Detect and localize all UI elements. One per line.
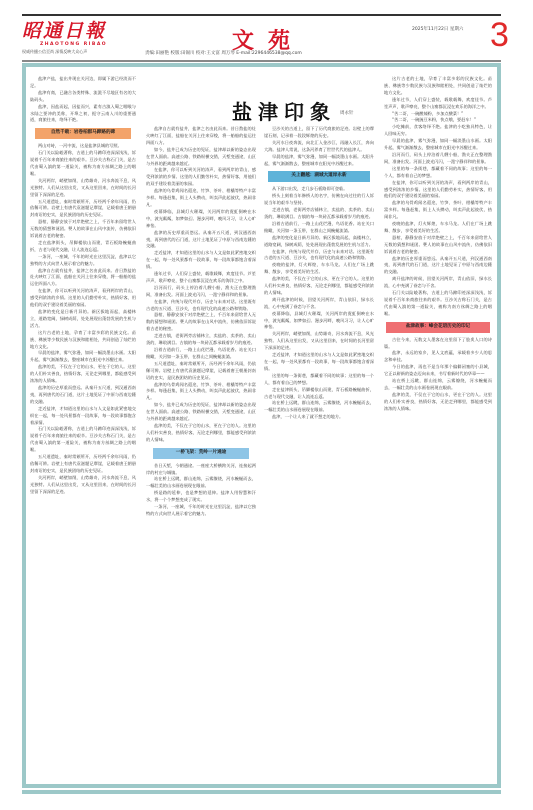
paragraph: 关河两岸，峭壁如削，山势雄奇，河水奔流不息，风光独特。人们从这里出发，又从这里回… [30,178,136,199]
article-column-4: 这片古老的土地，孕育了丰富多彩的民族文化。苗族、彝族等少数民族与汉族和睦相处，共… [384,76,492,784]
paragraph: 逢年过节，人们穿上盛装，载歌载舞，欢度佳节。芦笙声声，歌声嘹亮，整个山寨都沉浸在… [384,97,492,111]
paragraph: 早晨的盐津，雾气弥漫，如同一幅淡墨山水画。太阳升起，雾气渐渐散去，整座城市在阳光… [30,350,136,364]
paragraph: 悬棺，静静安放于对岸绝壁之上，千百年来留给世人无数的猜想和谜团。僰人的故事在山风… [384,235,492,256]
article-column-3: 豆沙关的古道上，留下了历代商旅的足迹。岩壁上的摩崖石刻，记录着一段段辉煌的历史。… [264,126,374,784]
paragraph: 豆沙关的古道上，留下了历代商旅的足迹。岩壁上的摩崖石刻，记录着一段段辉煌的历史。 [264,126,374,140]
paragraph: 这片古老的土地，孕育了丰富多彩的民族文化。苗族、彝族等少数民族与汉族和睦相处，共… [384,76,492,97]
issue-date: 2025年11月22日 星期六 [412,26,463,32]
paragraph: 关河两岸，峭壁如削，山势雄奇，河水奔流不息，风光独特。人们从这里出发，又从这里回… [264,331,374,352]
paragraph: 走进古镇，老街两旁店铺林立，卖盐的、卖茶的、卖山货的，琳琅满目。古镇的每一块砖瓦… [264,207,374,221]
paragraph: 站在桥上远眺，群山连绵，云雾缭绕，河水蜿蜒而去，一幅壮美的山水画卷展现在眼前。 [146,476,256,490]
paragraph: 如今，盐井已成为历史的见证，盐津却以新的姿态出现在世人面前。高速公路、铁路纵横交… [146,402,256,423]
paragraph: 今日的盐津，再也不是当年那个偏僻闭塞的小县城，它正以崭新的姿态迈向未来，书写着新… [384,364,492,378]
paragraph: 盐津的乌骨鸡闻名遐迩，竹笋、茶叶、柑橘等特产丰富多样。每逢赶集，街上人头攒动，叫… [146,188,256,209]
paragraph: 盐津的美，不仅在于它的山水，更在于它的人。这里的人们朴实善良，热情好客，无论走到… [264,276,374,297]
article-byline: 周永针 [340,110,354,116]
paragraph: 盐津的变化是日新月异的。新区拔地而起，高楼林立，道路宽阔，绿树成荫，处处展现出蓬… [264,235,374,249]
paragraph: 沿着古道前行，一路上山花烂漫，鸟语花香。站在关口俯瞰，关河如一条玉带，在群山之间… [264,221,374,235]
paragraph: 盐津的乌骨鸡闻名遐迩，竹笋、茶叶、柑橘等特产丰富多样。每逢赶集，街上人头攒动，叫… [384,200,492,221]
paragraph: 离开盐津的时候，回望关河两岸，青山依旧，绿水长流，心中充满了眷恋与不舍。 [264,297,374,311]
paragraph: 盐津的历史厚重而悠远。从秦开五尺道，到汉通西南夷，再到唐代的石门道，这片土地见证… [30,385,136,406]
header-rule [22,60,501,62]
paragraph: 在盐津，你可以听到关河的涛声，看到两岸的青山，感受到浓浓的乡情。这里的人们勤劳朴… [146,167,256,188]
paragraph: 走近盐津，才知道这里的山水与人文是如此紧密地交织在一起，每一处风景都有一段故事，… [264,352,374,373]
paragraph: 在盐津，传统与现代并存，历史与未来对话。这里既有古老的五尺道、豆沙关，也有现代化… [264,249,374,263]
paragraph: 五尺道遗址，秦时常頞所开，历经两千余年风雨，仍依稀可辨。岩壁上有唐代袁滋题记摩崖… [30,199,136,220]
paragraph: 一条河，一座城，千年的时光在这里沉淀，盐津以它独特的方式向世人展示着它的魅力。 [30,254,136,268]
bottom-band [22,790,501,794]
paragraph: 走进古镇，老街两旁店铺林立，卖盐的、卖茶的、卖山货的，琳琅满目。古镇的每一块砖瓦… [146,333,256,347]
paragraph: 走近盐津，才知道这里的山水与人文是如此紧密地交织在一起，每一处风景都有一段故事，… [146,250,256,271]
paragraph: 盐津的历史厚重而悠远。从秦开五尺道，到汉通西南夷，再到唐代的石门道，这片土地见证… [384,256,492,277]
paragraph: 这片古老的土地，孕育了丰富多彩的民族文化。苗族、彝族等少数民族与汉族和睦相处，共… [30,330,136,351]
masthead: 昭通日報 ZHAOTONG RIBAO 权威传播公信至尚 深情反映大众心声 [22,20,112,55]
paragraph: 一条河，一座城，千年的时光在这里沉淀，盐津以它独特的方式向世人展示着它的魅力。 [146,504,256,518]
paragraph: 古往今来，无数文人墨客在这里留下了脍炙人口的诗篇。 [384,337,492,351]
paragraph: 桥是路的延伸，也是梦想的延伸。盐津人用智慧和汗水，将一个个梦想变成了现实。 [146,490,256,504]
paragraph: 早晨的盐津，雾气弥漫，如同一幅淡墨山水画。太阳升起，雾气渐渐散去，整座城市在阳光… [384,138,492,152]
paragraph: 站在桥上远眺，群山连绵，云雾缭绕，河水蜿蜒而去，一幅壮美的山水画卷展现在眼前。 [264,400,374,414]
paragraph: 石门关以险峻著称，古道上的马蹄印迹深深浅浅，诉说着千百年来商旅往来的艰辛。豆沙关… [30,426,136,454]
paragraph: 走近盐津，才知道这里的山水与人文是如此紧密地交织在一起，每一处风景都有一段故事，… [30,406,136,427]
subheading-banner: 盐津故事：峰会花语历史的印记 [386,322,490,333]
paragraph: 夜幕降临，县城灯火璀璨，关河两岸的霓虹倒映在水中，波光粼粼，如梦如幻。漫步河畔，… [146,209,256,230]
top-rule [22,14,501,16]
paragraph: 悬棺，静静安放于对岸绝壁之上，千百年来留给世人无数的猜想和谜团。僰人的故事在山风… [30,219,136,240]
paragraph: 走在盐津街头，吊脚楼依山而建，青石板路蜿蜒曲折，古老与现代交融，让人流连忘返。 [30,240,136,254]
article-column-1: 盐津产盐，盐出井现在关河边，即属下游已经淡而不足。 盐津有商，已融合各类特殊、流… [30,76,136,784]
paragraph: 五尺道遗址，秦时常頞所开，历经两千余年风雨，仍依稀可辨。岩壁上有唐代袁滋题记摩崖… [30,454,136,475]
paragraph: 昔日天堑，今朝通途。一座座大桥横跨关河，连接起两岸的村庄与城镇。 [146,463,256,477]
paragraph: 夜幕降临，县城灯火璀璨，关河两岸的霓虹倒映在水中，波光粼粼，如梦如幻。漫步河畔，… [264,311,374,332]
paragraph: 如今，盐井已成为历史的见证，盐津却以新的姿态出现在世人面前。高速公路、铁路纵横交… [146,147,256,168]
subheading-banner: 一桥飞架：荒岭一片通途 [153,448,249,459]
paragraph: 早晨的盐津，雾气弥漫，如同一幅淡墨山水画。太阳升起，雾气渐渐散去，整座城市在阳光… [264,154,374,168]
paragraph: 盐津的乌骨鸡闻名遐迩，竹笋、茶叶、柑橘等特产丰富多样。每逢赶集，街上人头攒动，叫… [146,382,256,403]
paragraph: 夜晚的盐津，灯火辉煌，车水马龙。人们在广场上跳舞、散步，享受着美好的生活。 [384,221,492,235]
paragraph: 站在桥上远眺，群山连绵，云雾缭绕，河水蜿蜒而去，一幅壮美的山水画卷展现在眼前。 [384,378,492,392]
paragraph: 沿河而行，码头上停泊着几艘小船，渔夫正在整理渔网，准备出发。河面上波光闪闪，一派… [384,152,492,166]
paragraph: 这里的每一条街巷，都藏着不同的故事；这里的每一个人，都有着自己的梦想。 [264,373,374,387]
article-headline: 盐津印象 [232,96,336,125]
paragraph: 盐津产盐，盐出井现在关河边，即属下游已经淡而不足。 [30,76,136,90]
paragraph: 五尺道遗址，秦时常頞所开，历经两千余年风雨，仍依稀可辨。岩壁上有唐代袁滋题记摩崖… [146,361,256,382]
paragraph: 盐津的美，不仅在于它的山水，更在于它的人。这里的人们朴实善良，热情好客，无论走到… [146,423,256,444]
paragraph: 在盐津，你可以听到关河的涛声，看到两岸的青山，感受到浓浓的乡情。这里的人们勤劳朴… [384,180,492,201]
paragraph: 盐津的美，不仅在于它的山水，更在于它的人。这里的人们朴实善良，热情好客，无论走到… [30,364,136,385]
page-number: 3 [490,18,509,52]
newspaper-slogan: 权威传播公信至尚 深情反映大众心声 [22,49,112,55]
paragraph: 夜晚的盐津，灯火辉煌，车水马龙。人们在广场上跳舞、散步，享受着美好的生活。 [264,262,374,276]
paragraph: 盐津，因盐而起，因盐而兴，素有古滇入蜀之咽喉与水陆之要冲的美称，开埠之初，扼守云… [30,104,136,125]
newspaper-name-en: ZHAOTONG RIBAO [40,42,112,48]
subheading-banner: 关上翻越：湖城大道岸永新 [268,171,370,182]
paragraph: 盐津有商，已融合各类特殊、流派不尽地区有名的大陆码头。 [30,90,136,104]
article-column-2: 盐津自古就有盐井，盐津之名由此而来。昔日熬盐的灶火映红了江面，盐船在关河上往来穿… [146,126,256,784]
paragraph: 盐津自古就有盐井，盐津之名由此而来。昔日熬盐的灶火映红了江面，盐船在关河上往来穿… [146,126,256,147]
paragraph: 这里的每一条街巷，都藏着不同的故事；这里的每一个人，都有着自己的梦想。 [384,166,492,180]
paragraph: 盐津，一个让人来了就不想走的地方。 [264,414,374,421]
paragraph: 石门关以险峻著称，古道上的马蹄印迹深深浅浅，诉说着千百年来商旅往来的艰辛。豆沙关… [30,150,136,178]
paragraph: 走在盐津街头，吊脚楼依山而建，青石板路蜿蜒曲折，古老与现代交融，让人流连忘返。 [264,387,374,401]
paragraph: 盐津的变化是日新月异的。新区拔地而起，高楼林立，道路宽阔，绿树成荫，处处展现出蓬… [30,309,136,330]
paragraph: 盐津自古就有盐井，盐津之名由此而来。昔日熬盐的灶火映红了江面，盐船在关河上往来穿… [30,268,136,289]
paragraph: 沿着古道前行，一路上山花烂漫，鸟语花香。站在关口俯瞰，关河如一条玉带，在群山之间… [146,347,256,361]
paragraph: 悬棺，静静安放于对岸绝壁之上，千百年来留给世人无数的猜想和谜团。僰人的故事在山风… [146,312,256,333]
paragraph: 盐津的美，不仅在于它的山水，更在于它的人。这里的人们朴实善良，热情好客，无论走到… [384,392,492,413]
paragraph: 逢年过节，人们穿上盛装，载歌载舞，欢度佳节。芦笙声声，歌声嘹亮，整个山寨都沉浸在… [146,271,256,285]
paragraph: 在盐津，你可以听到关河的涛声，看到两岸的青山，感受到浓浓的乡情。这里的人们勤劳朴… [30,288,136,309]
editor-credits: 责编:田丽艳 校版:田锡川 校对:王文富 周万琴 E-mail:22964465… [145,50,302,56]
paragraph: 关河水日夜奔流，向北汇入金沙江，再融入长江，奔向大海。盐津人常说，这条河养育了世… [264,140,374,154]
newspaper-name: 昭通日報 [22,20,112,42]
paragraph: 石门关以险峻著称，古道上的马蹄印迹深深浅浅，诉说着千百年来商旅往来的艰辛。豆沙关… [384,290,492,318]
subheading-banner: 自然千载：岩卷柏群马蹄路的碑 [35,128,131,139]
paragraph: 盐津的历史厚重而悠远。从秦开五尺道，到汉通西南夷，再到唐代的石门道，这片土地见证… [146,230,256,251]
paragraph: 关河两岸，峭壁如削，山势雄奇，河水奔流不息，风光独特。人们从这里出发，又从这里回… [30,475,136,496]
paragraph: 盐津，永远的家乡，见人文底蕴，承载着多少人的思念和牵挂。 [384,350,492,364]
paragraph: 沿河而行，码头上停泊着几艘小船，渔夫正在整理渔网，准备出发。河面上波光闪闪，一派… [146,285,256,299]
paragraph: 桥头上刻着当年修桥人的名字，仿佛在向过往的行人诉说当年的艰辛与坚持。 [264,193,374,207]
paragraph: 小吃摊前，食客络绎不绝。盐津的小吃独具特色，让人回味无穷。 [384,124,492,138]
paragraph: 离开盐津的时候，回望关河两岸，青山依旧，绿水长流，心中充满了眷恋与不舍。 [384,276,492,290]
paragraph: 在盐津，传统与现代并存，历史与未来对话。这里既有古老的五尺道、豆沙关，也有现代化… [146,299,256,313]
